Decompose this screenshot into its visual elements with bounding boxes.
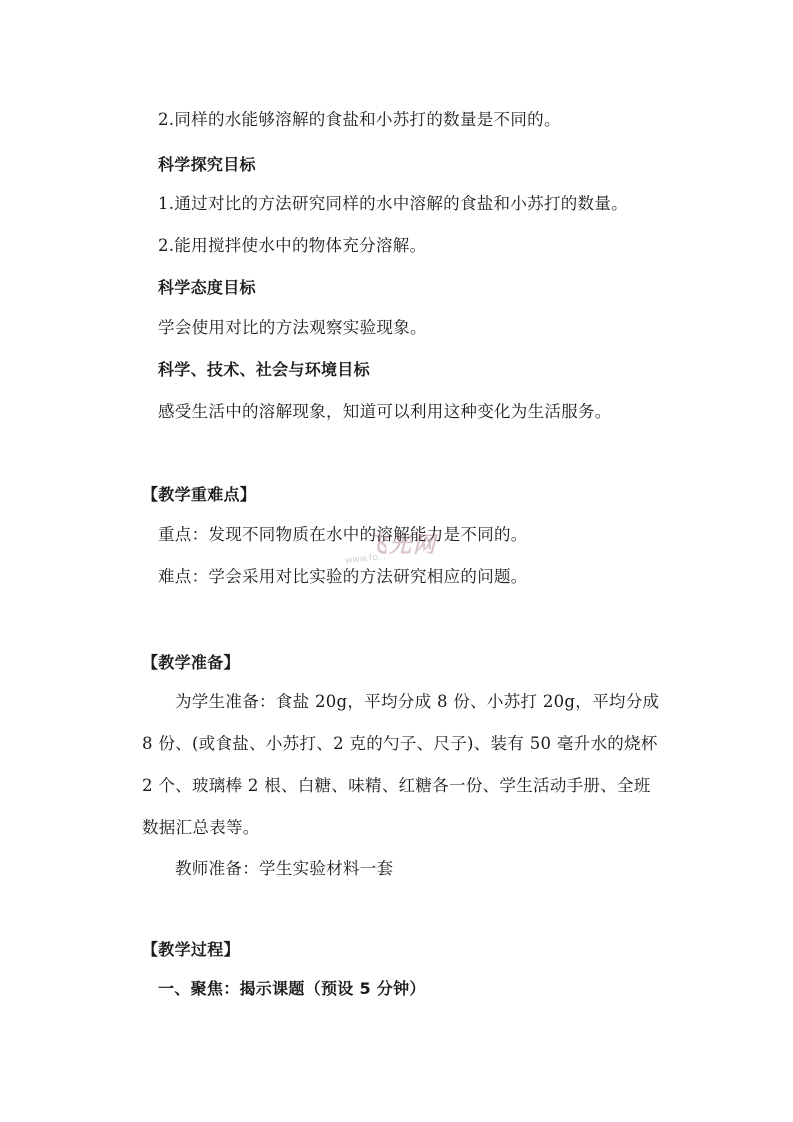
section-heading-stse-goals: 科学、技术、社会与环境目标 xyxy=(158,357,370,380)
knowledge-goal-item-2: 2.同样的水能够溶解的食盐和小苏打的数量是不同的。 xyxy=(158,106,561,130)
section-heading-attitude-goals: 科学态度目标 xyxy=(158,275,256,298)
stse-goal-text: 感受生活中的溶解现象，知道可以利用这种变化为生活服务。 xyxy=(158,398,612,422)
attitude-goal-text: 学会使用对比的方法观察实验现象。 xyxy=(158,314,427,338)
student-preparation-line-4: 数据汇总表等。 xyxy=(142,814,260,838)
difficult-point-text: 难点：学会采用对比实验的方法研究相应的问题。 xyxy=(158,563,528,587)
section-heading-preparation: 【教学准备】 xyxy=(142,650,240,673)
inquiry-goal-item-1: 1.通过对比的方法研究同样的水中溶解的食盐和小苏打的数量。 xyxy=(158,190,628,214)
section-heading-key-difficult-points: 【教学重难点】 xyxy=(142,482,256,505)
student-preparation-line-3: 2 个、玻璃棒 2 根、白糖、味精、红糖各一份、学生活动手册、全班 xyxy=(142,772,651,796)
document-page: 2.同样的水能够溶解的食盐和小苏打的数量是不同的。 科学探究目标 1.通过对比的… xyxy=(0,0,793,1122)
student-preparation-line-2: 8 份、(或食盐、小苏打、2 克的勺子、尺子)、装有 50 毫升水的烧杯 xyxy=(142,730,658,754)
section-heading-teaching-process: 【教学过程】 xyxy=(142,937,240,960)
inquiry-goal-item-2: 2.能用搅拌使水中的物体充分溶解。 xyxy=(158,232,426,256)
student-preparation-line-1: 为学生准备：食盐 20g，平均分成 8 份、小苏打 20g，平均分成 xyxy=(175,688,659,712)
key-point-text: 重点：发现不同物质在水中的溶解能力是不同的。 xyxy=(158,521,528,545)
teacher-preparation-text: 教师准备：学生实验材料一套 xyxy=(175,855,393,879)
process-step-1-heading: 一、聚焦：揭示课题（预设 5 分钟） xyxy=(158,976,426,999)
section-heading-inquiry-goals: 科学探究目标 xyxy=(158,152,256,175)
